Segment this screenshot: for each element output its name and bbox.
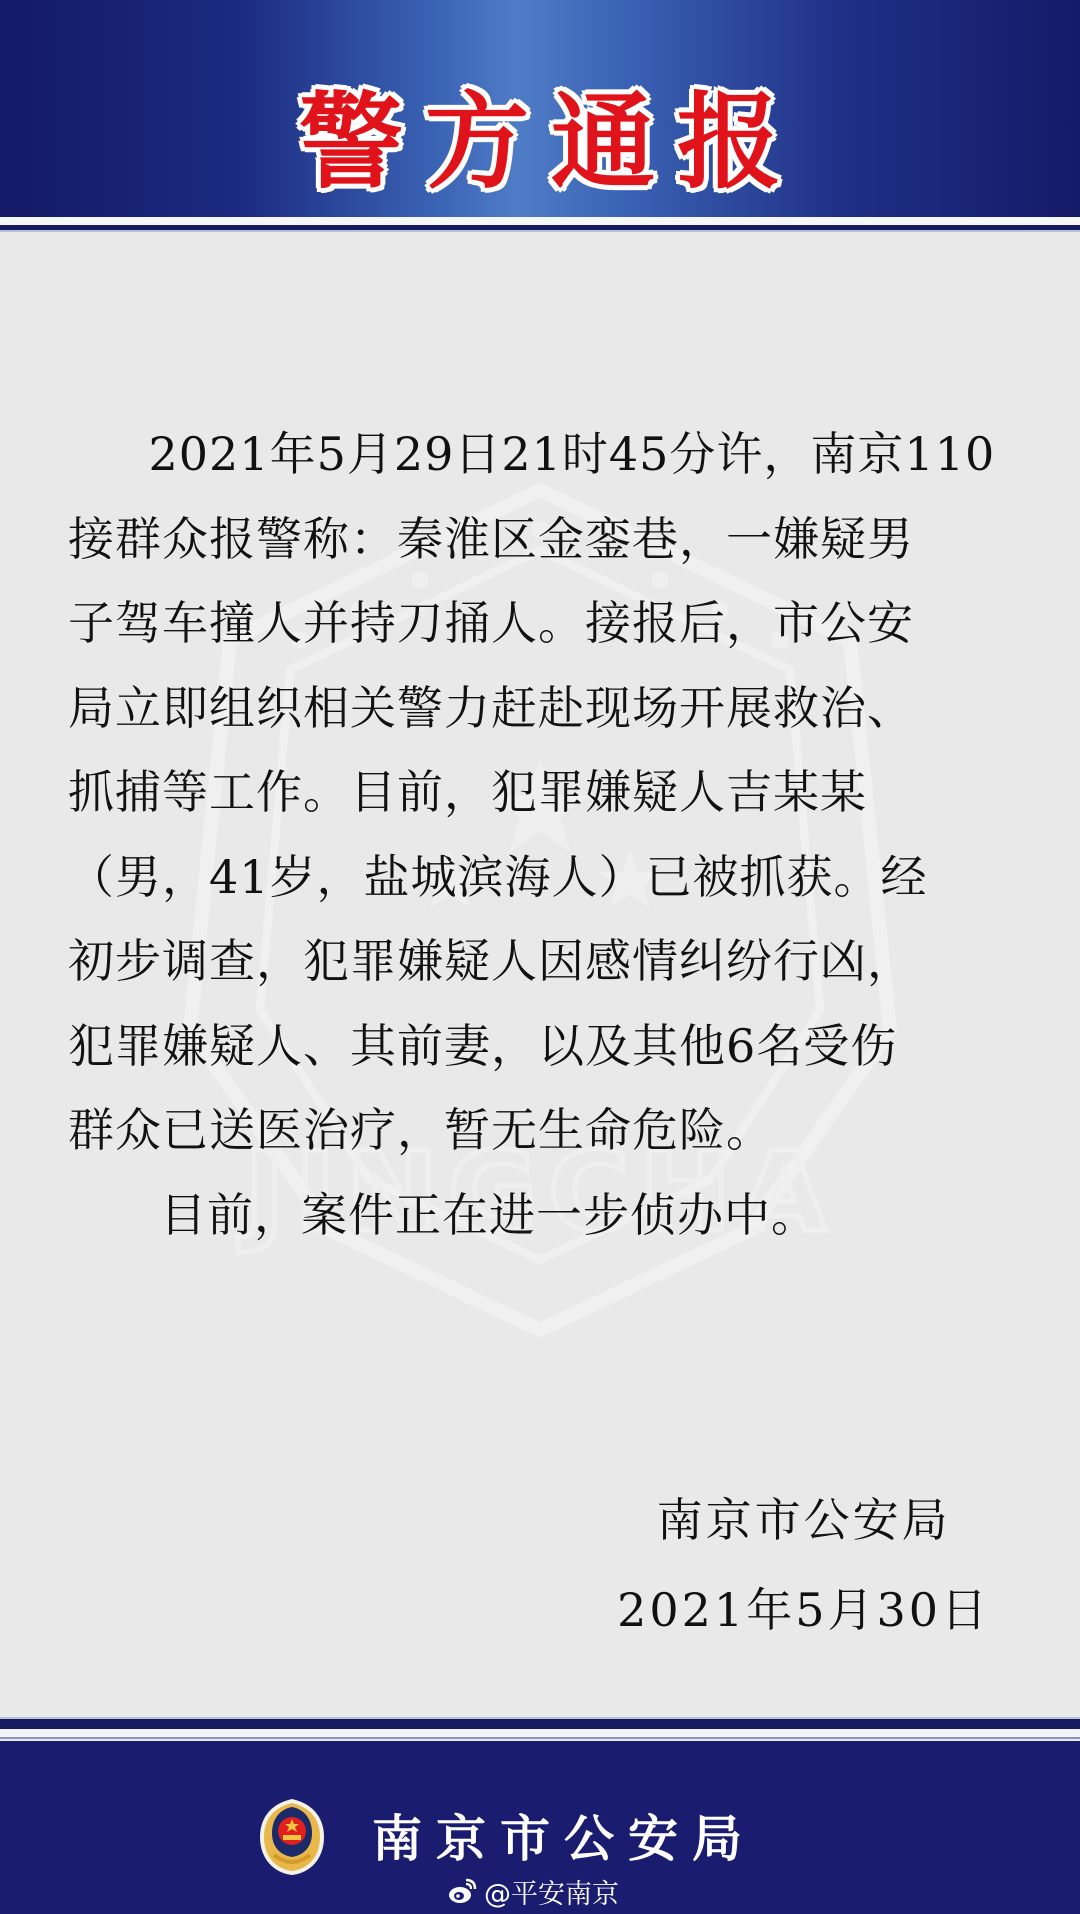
weibo-icon [448, 1877, 478, 1905]
notice-line: 2021年5月29日21时45分许，南京110 [68, 412, 1018, 497]
footer-title: 南京市公安局 [372, 1799, 756, 1871]
divider-stripe [0, 1719, 1080, 1729]
notice-line: 局立即组织相关警力赶赴现场开展救治、 [68, 666, 1018, 751]
footer-banner: 南京市公安局 @平安南京 [0, 1741, 1080, 1914]
notice-line: 子驾车撞人并持刀捅人。接报后，市公安 [68, 581, 1018, 666]
divider-stripe [0, 1729, 1080, 1739]
notice-line: 目前，案件正在进一步侦办中。 [68, 1173, 1018, 1258]
divider-stripe [0, 217, 1080, 225]
notice-line: 抓捕等工作。目前，犯罪嫌疑人吉某某 [68, 750, 1018, 835]
issuer-name: 南京市公安局 [617, 1475, 990, 1565]
notice-line: 初步调查，犯罪嫌疑人因感情纠纷行凶， [68, 919, 1018, 1004]
notice-line: 群众已送医治疗，暂无生命危险。 [68, 1088, 1018, 1173]
notice-paragraph-1: 2021年5月29日21时45分许，南京110 [68, 412, 1018, 497]
header-banner: 警方通报 [0, 0, 1080, 217]
police-badge-icon [252, 1797, 332, 1877]
notice-paragraph-1-cont: 接群众报警称：秦淮区金銮巷，一嫌疑男 子驾车撞人并持刀捅人。接报后，市公安 局立… [68, 497, 1018, 1173]
notice-paragraph-2: 目前，案件正在进一步侦办中。 [68, 1173, 1018, 1258]
weibo-handle: @平安南京 [484, 1872, 619, 1911]
divider-stripe [0, 230, 1080, 232]
notice-line: 犯罪嫌疑人、其前妻，以及其他6名受伤 [68, 1004, 1018, 1089]
issue-date: 2021年5月30日 [617, 1565, 990, 1655]
weibo-account[interactable]: @平安南京 [448, 1873, 619, 1909]
notice-line: （男，41岁，盐城滨海人）已被抓获。经 [68, 835, 1018, 920]
notice-line: 接群众报警称：秦淮区金銮巷，一嫌疑男 [68, 497, 1018, 582]
notice-body: 2021年5月29日21时45分许，南京110 接群众报警称：秦淮区金銮巷，一嫌… [68, 412, 1018, 1257]
notice-title: 警方通报 [0, 58, 1080, 208]
signature-block: 南京市公安局 2021年5月30日 [617, 1475, 990, 1655]
